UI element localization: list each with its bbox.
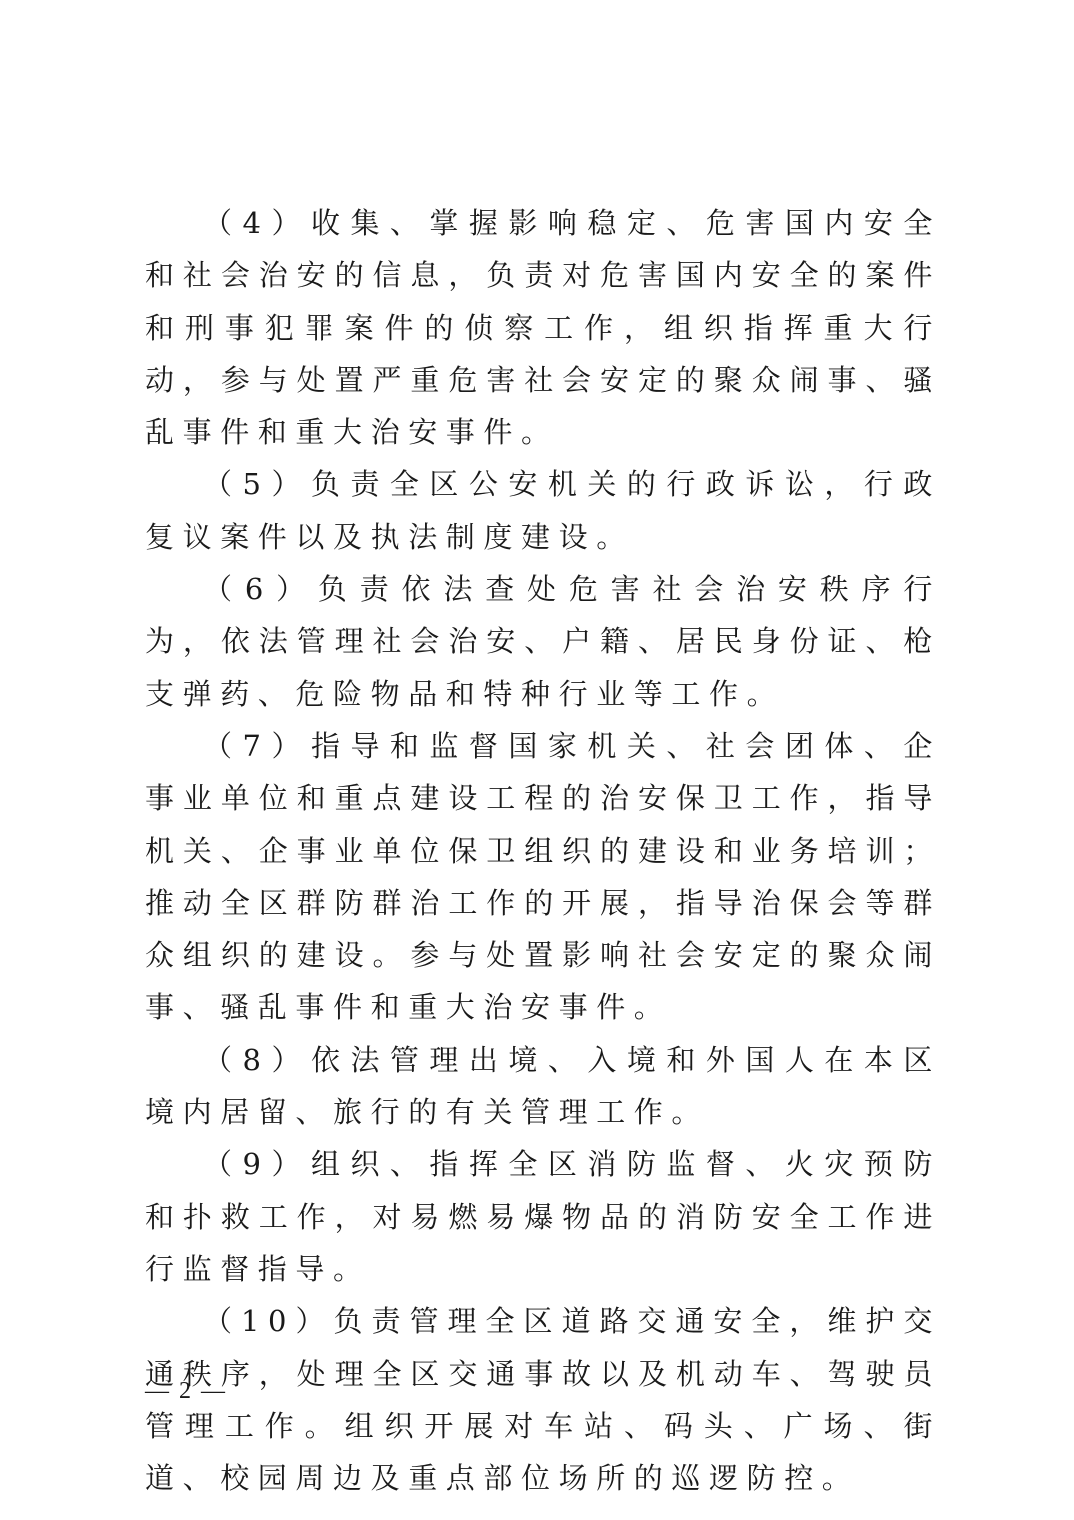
paragraph-item-4: （4）收集、掌握影响稳定、危害国内安全和社会治安的信息，负责对危害国内安全的案件… [145,197,941,458]
paragraph-item-5: （5）负责全区公安机关的行政诉讼，行政复议案件以及执法制度建设。 [145,458,941,563]
paragraph-item-7: （7）指导和监督国家机关、社会团体、企事业单位和重点建设工程的治安保卫工作，指导… [145,720,941,1034]
paragraph-item-8: （8）依法管理出境、入境和外国人在本区境内居留、旅行的有关管理工作。 [145,1034,941,1139]
page-number: — 2 — [145,1378,227,1405]
document-page: （4）收集、掌握影响稳定、危害国内安全和社会治安的信息，负责对危害国内安全的案件… [0,0,1074,1520]
paragraph-item-9: （9）组织、指挥全区消防监督、火灾预防和扑救工作，对易燃易爆物品的消防安全工作进… [145,1138,941,1295]
paragraph-item-10: （10）负责管理全区道路交通安全，维护交通秩序，处理全区交通事故以及机动车、驾驶… [145,1295,941,1504]
paragraph-item-6: （6）负责依法查处危害社会治安秩序行为，依法管理社会治安、户籍、居民身份证、枪支… [145,563,941,720]
document-body: （4）收集、掌握影响稳定、危害国内安全和社会治安的信息，负责对危害国内安全的案件… [145,197,941,1504]
